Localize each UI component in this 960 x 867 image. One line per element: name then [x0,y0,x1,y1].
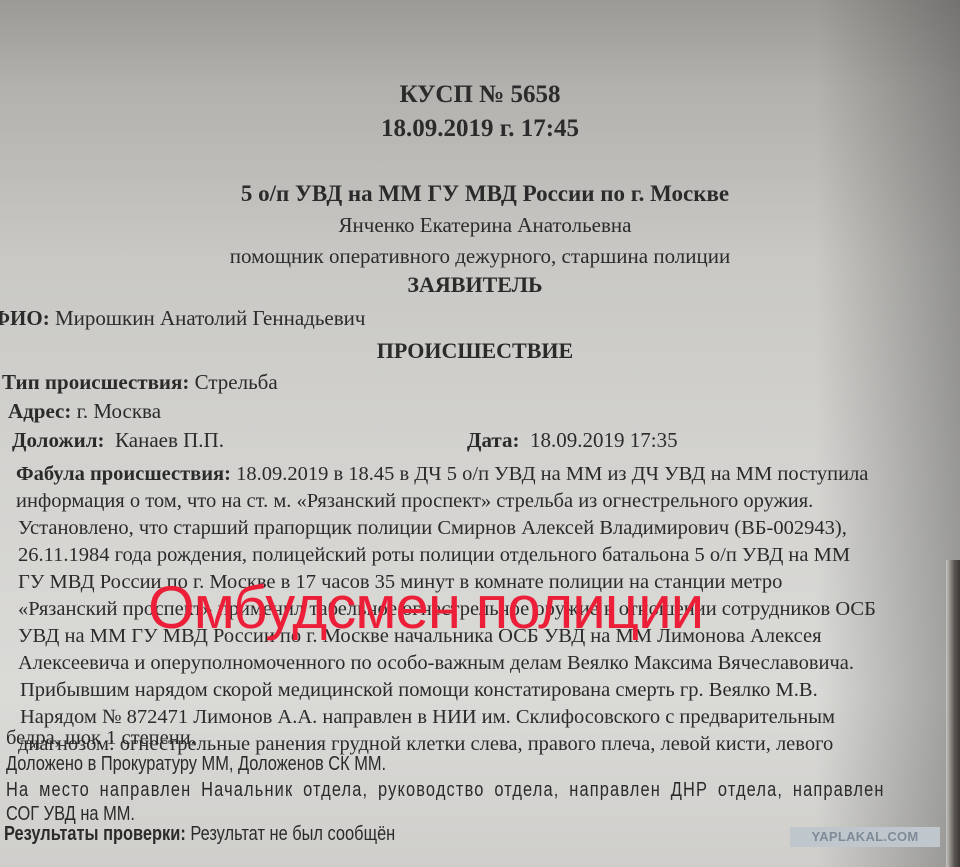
reported-by-value: Канаев П.П. [115,428,224,452]
fabula-line: Установлено, что старший прапорщик полиц… [18,516,847,540]
incident-date: Дата: 18.09.2019 17:35 [467,428,678,452]
applicant-fio: ФИО: Мирошкин Анатолий Геннадьевич [0,306,365,330]
officer-position: помощник оперативного дежурного, старшин… [160,244,800,268]
fabula-line: Фабула происшествия: 18.09.2019 в 18.45 … [16,462,868,486]
closing-line: Доложено в Прокуратуру ММ, Доложенов СК … [6,752,386,776]
address-label: Адрес: [8,399,71,423]
incident-type-label: Тип происшествия: [2,370,189,394]
fabula-line: Алексеевича и оперуполномоченного по осо… [18,651,854,675]
incident-type-value: Стрельба [195,370,278,394]
fabula-line: 26.11.1984 года рождения, полицейский ро… [18,543,850,567]
kusp-timestamp: 18.09.2019 г. 17:45 [300,117,660,141]
officer-name: Янченко Екатерина Анатольевна [190,213,780,237]
closing-line: На место направлен Начальник отдела, рук… [6,778,885,802]
desk-edge [946,560,960,867]
site-badge: YAPLAKAL.COM [790,827,940,847]
fabula-text: 18.09.2019 в 18.45 в ДЧ 5 о/п УВД на ММ … [236,463,868,485]
fio-value: Мирошкин Анатолий Геннадьевич [55,306,365,330]
ombudsman-watermark: Омбудсмен полиции [148,578,703,638]
address-value: г. Москва [77,399,161,423]
incident-address: Адрес: г. Москва [8,399,161,423]
applicant-heading: ЗАЯВИТЕЛЬ [300,273,650,297]
results-value: Результат не был сообщён [190,823,395,845]
fabula-label: Фабула происшествия: [16,463,231,485]
reported-by: Доложил: Канаев П.П. [12,428,224,452]
document-photo: КУСП № 5658 18.09.2019 г. 17:45 5 о/п УВ… [0,0,960,867]
results-line: Результаты проверки: Результат не был со… [4,822,395,846]
results-label: Результаты проверки: [4,823,186,845]
fio-label: ФИО: [0,306,50,330]
fabula-line: Прибывшим нарядом скорой медицинской пом… [20,678,818,702]
incident-heading: ПРОИСШЕСТВИЕ [300,339,650,363]
reported-by-label: Доложил: [12,428,105,452]
date-label: Дата: [467,428,519,452]
fabula-line: бедра, шок 1 степени. [6,726,196,750]
incident-type: Тип происшествия: Стрельба [2,370,278,394]
kusp-number: КУСП № 5658 [300,83,660,107]
department: 5 о/п УВД на ММ ГУ МВД России по г. Моск… [190,182,780,206]
fabula-line: информация о том, что на ст. м. «Рязанск… [16,489,813,513]
date-value: 18.09.2019 17:35 [530,428,678,452]
